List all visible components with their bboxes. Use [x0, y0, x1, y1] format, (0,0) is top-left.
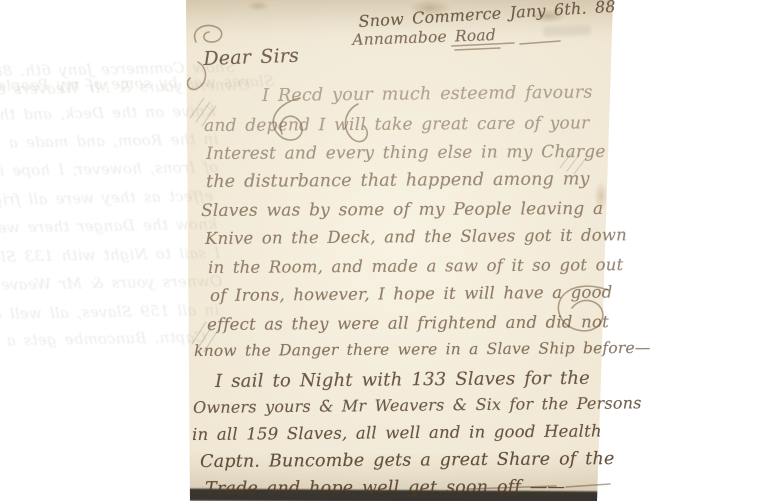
stamp-smudge [543, 25, 591, 37]
ghost-line: Knive on the Deck, and the Slaves got it… [0, 102, 216, 127]
letter-line-6: Knive on the Deck, and the Slaves got it… [205, 225, 627, 248]
letter-line-5: Slaves was by some of my People leaving … [201, 199, 603, 221]
scan-background: Snow Commerce Jany 6th. 88Owners yours &… [0, 0, 768, 501]
letter-line-14: Captn. Buncombe gets a great Share of th… [200, 449, 615, 472]
letter-line-11: I sail to Night with 133 Slaves for the [215, 368, 590, 392]
letter-line-8: of Irons, however, I hope it will have a… [210, 282, 613, 305]
letter-line-1: I Recd your much esteemd favours [262, 83, 593, 106]
letter-line-3: Interest and every thing else in my Char… [206, 142, 606, 164]
ghost-line: I sail to Night with 133 Slaves for the [0, 244, 220, 268]
ghost-line: in the Room, and made a saw of it so got… [0, 130, 218, 155]
ghost-line: Captn. Buncombe gets a great Share of th… [0, 328, 206, 352]
letter-line-4: the disturbance that happend among my [206, 169, 590, 192]
letter-line-10: know the Danger there were in a Slave Sh… [194, 339, 651, 360]
ghost-line: of Irons, however, I hope it will have a… [0, 158, 218, 182]
letter-line-9: effect as they were all frightend and di… [207, 312, 609, 334]
ghost-line: in all 159 Slaves, all well and in good … [0, 301, 219, 326]
letter-line-13: in all 159 Slaves, all well and in good … [192, 421, 602, 444]
ghost-line: know the Danger there were in a Slave Sh… [0, 215, 217, 241]
letter-line-15: Trade and hope well get soon off —— [205, 477, 565, 499]
ghost-line: effect as they were all frightend and di… [0, 187, 213, 211]
letter-line-2: and depend I will take great care of you… [204, 113, 589, 136]
salutation: Dear Sirs [203, 45, 299, 70]
letter-line-7: in the Room, and made a saw of it so got… [208, 255, 623, 277]
